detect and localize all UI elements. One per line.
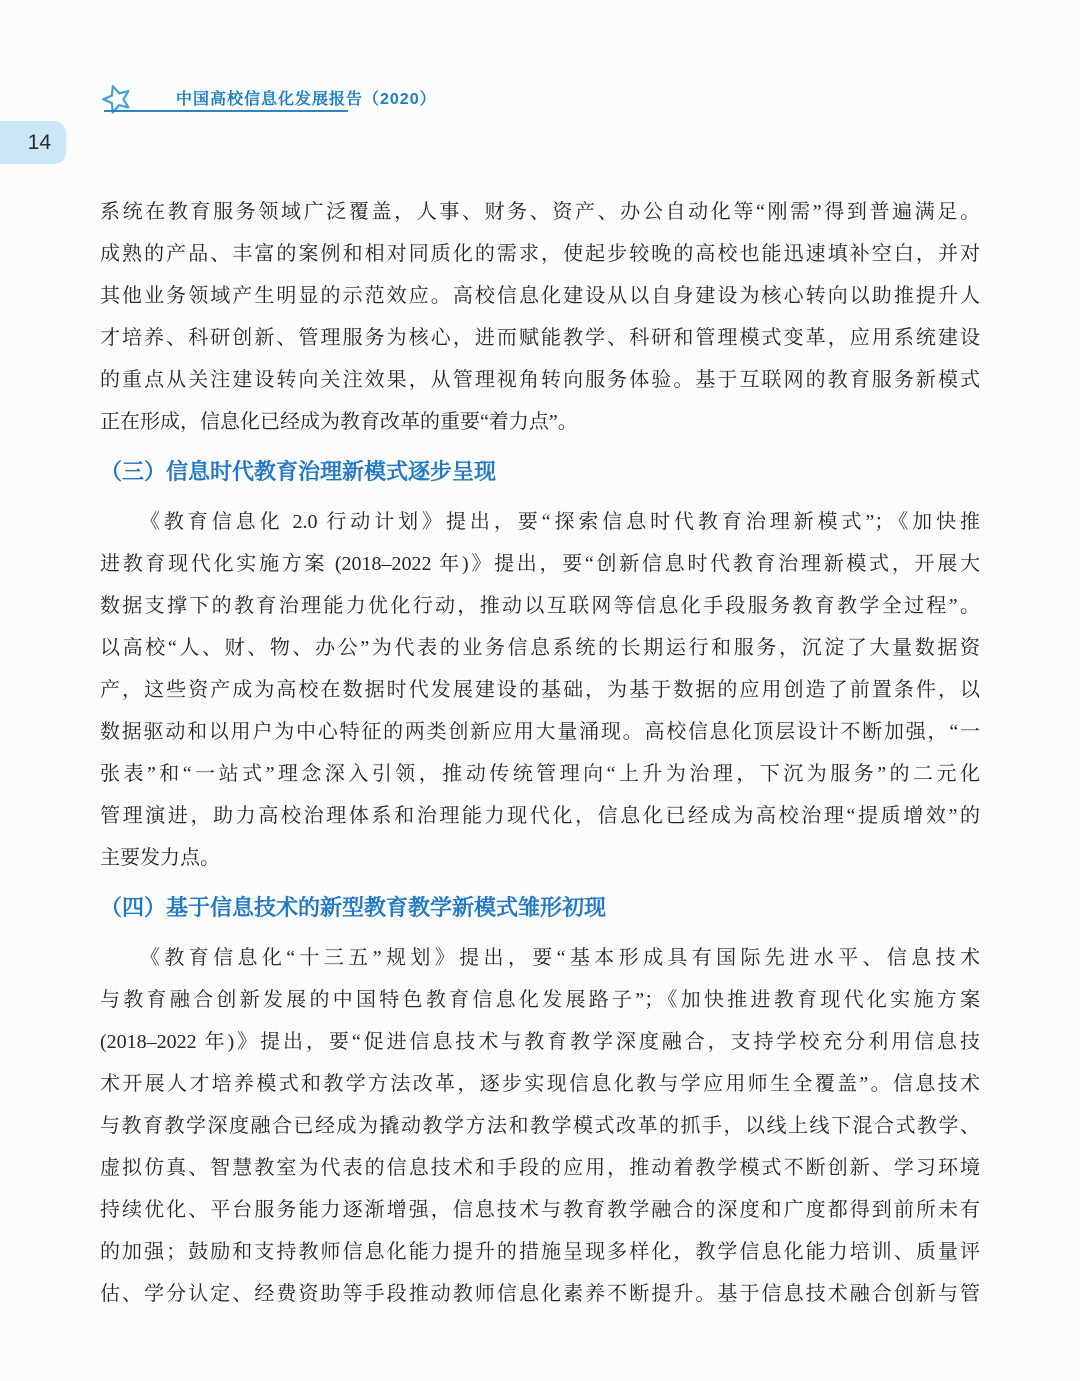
text-line: 虚拟仿真、智慧教室为代表的信息技术和手段的应用，推动着教学模式不断创新、学习环境 — [100, 1147, 980, 1189]
header-underline — [104, 110, 348, 112]
text-line: 成熟的产品、丰富的案例和相对同质化的需求，使起步较晚的高校也能迅速填补空白，并对 — [100, 233, 980, 275]
document-page: 中国高校信息化发展报告（2020） 14 系统在教育服务领域广泛覆盖，人事、财务… — [0, 0, 1080, 1381]
page-body: 系统在教育服务领域广泛覆盖，人事、财务、资产、办公自动化等“刚需”得到普遍满足。… — [100, 191, 980, 1315]
body-paragraph: 系统在教育服务领域广泛覆盖，人事、财务、资产、办公自动化等“刚需”得到普遍满足。… — [100, 191, 980, 443]
text-line: 系统在教育服务领域广泛覆盖，人事、财务、资产、办公自动化等“刚需”得到普遍满足。 — [100, 191, 980, 233]
text-line: 数据驱动和以用户为中心特征的两类创新应用大量涌现。高校信息化顶层设计不断加强，“… — [100, 711, 980, 753]
text-line: 的加强；鼓励和支持教师信息化能力提升的措施呈现多样化，教学信息化能力培训、质量评 — [100, 1231, 980, 1273]
page-number: 14 — [28, 131, 51, 155]
report-title: 中国高校信息化发展报告（2020） — [176, 86, 437, 109]
text-line: 正在形成，信息化已经成为教育改革的重要“着力点”。 — [100, 401, 980, 443]
text-line: 其他业务领域产生明显的示范效应。高校信息化建设从以自身建设为核心转向以助推提升人 — [100, 275, 980, 317]
body-paragraph: 《教育信息化 2.0 行动计划》提出，要“探索信息时代教育治理新模式”；《加快推… — [100, 501, 980, 879]
text-line: 才培养、科研创新、管理服务为核心，进而赋能教学、科研和管理模式变革，应用系统建设 — [100, 317, 980, 359]
text-line: 估、学分认定、经费资助等手段推动教师信息化素养不断提升。基于信息技术融合创新与管 — [100, 1273, 980, 1315]
text-line: 以高校“人、财、物、办公”为代表的业务信息系统的长期运行和服务，沉淀了大量数据资 — [100, 627, 980, 669]
text-line: 与教育融合创新发展的中国特色教育信息化发展路子”；《加快推进教育现代化实施方案 — [100, 979, 980, 1021]
text-line: 管理演进，助力高校治理体系和治理能力现代化，信息化已经成为高校治理“提质增效”的 — [100, 795, 980, 837]
text-line: 数据支撑下的教育治理能力优化行动，推动以互联网等信息化手段服务教育教学全过程”。 — [100, 585, 980, 627]
text-line: 《教育信息化 2.0 行动计划》提出，要“探索信息时代教育治理新模式”；《加快推 — [100, 501, 980, 543]
text-line: 进教育现代化实施方案 (2018–2022 年)》提出，要“创新信息时代教育治理… — [100, 543, 980, 585]
page-header: 中国高校信息化发展报告（2020） — [100, 80, 600, 120]
text-line: 主要发力点。 — [100, 837, 980, 879]
text-line: 张表”和“一站式”理念深入引领，推动传统管理向“上升为治理，下沉为服务”的二元化 — [100, 753, 980, 795]
text-line: 《教育信息化“十三五”规划》提出，要“基本形成具有国际先进水平、信息技术 — [100, 937, 980, 979]
text-line: 持续优化、平台服务能力逐渐增强，信息技术与教育教学融合的深度和广度都得到前所未有 — [100, 1189, 980, 1231]
page-number-badge: 14 — [0, 121, 66, 164]
section-heading: （三）信息时代教育治理新模式逐步呈现 — [100, 455, 980, 489]
star-outline-icon — [96, 78, 139, 121]
text-line: 与教育教学深度融合已经成为撬动教学方法和教学模式改革的抓手，以线上线下混合式教学… — [100, 1105, 980, 1147]
text-line: 的重点从关注建设转向关注效果，从管理视角转向服务体验。基于互联网的教育服务新模式 — [100, 359, 980, 401]
text-line: (2018–2022 年)》提出，要“促进信息技术与教育教学深度融合，支持学校充… — [100, 1021, 980, 1063]
body-paragraph: 《教育信息化“十三五”规划》提出，要“基本形成具有国际先进水平、信息技术与教育融… — [100, 937, 980, 1315]
text-line: 术开展人才培养模式和教学方法改革，逐步实现信息化教与学应用师生全覆盖”。信息技术 — [100, 1063, 980, 1105]
section-heading: （四）基于信息技术的新型教育教学新模式雏形初现 — [100, 891, 980, 925]
text-line: 产，这些资产成为高校在数据时代发展建设的基础，为基于数据的应用创造了前置条件，以 — [100, 669, 980, 711]
